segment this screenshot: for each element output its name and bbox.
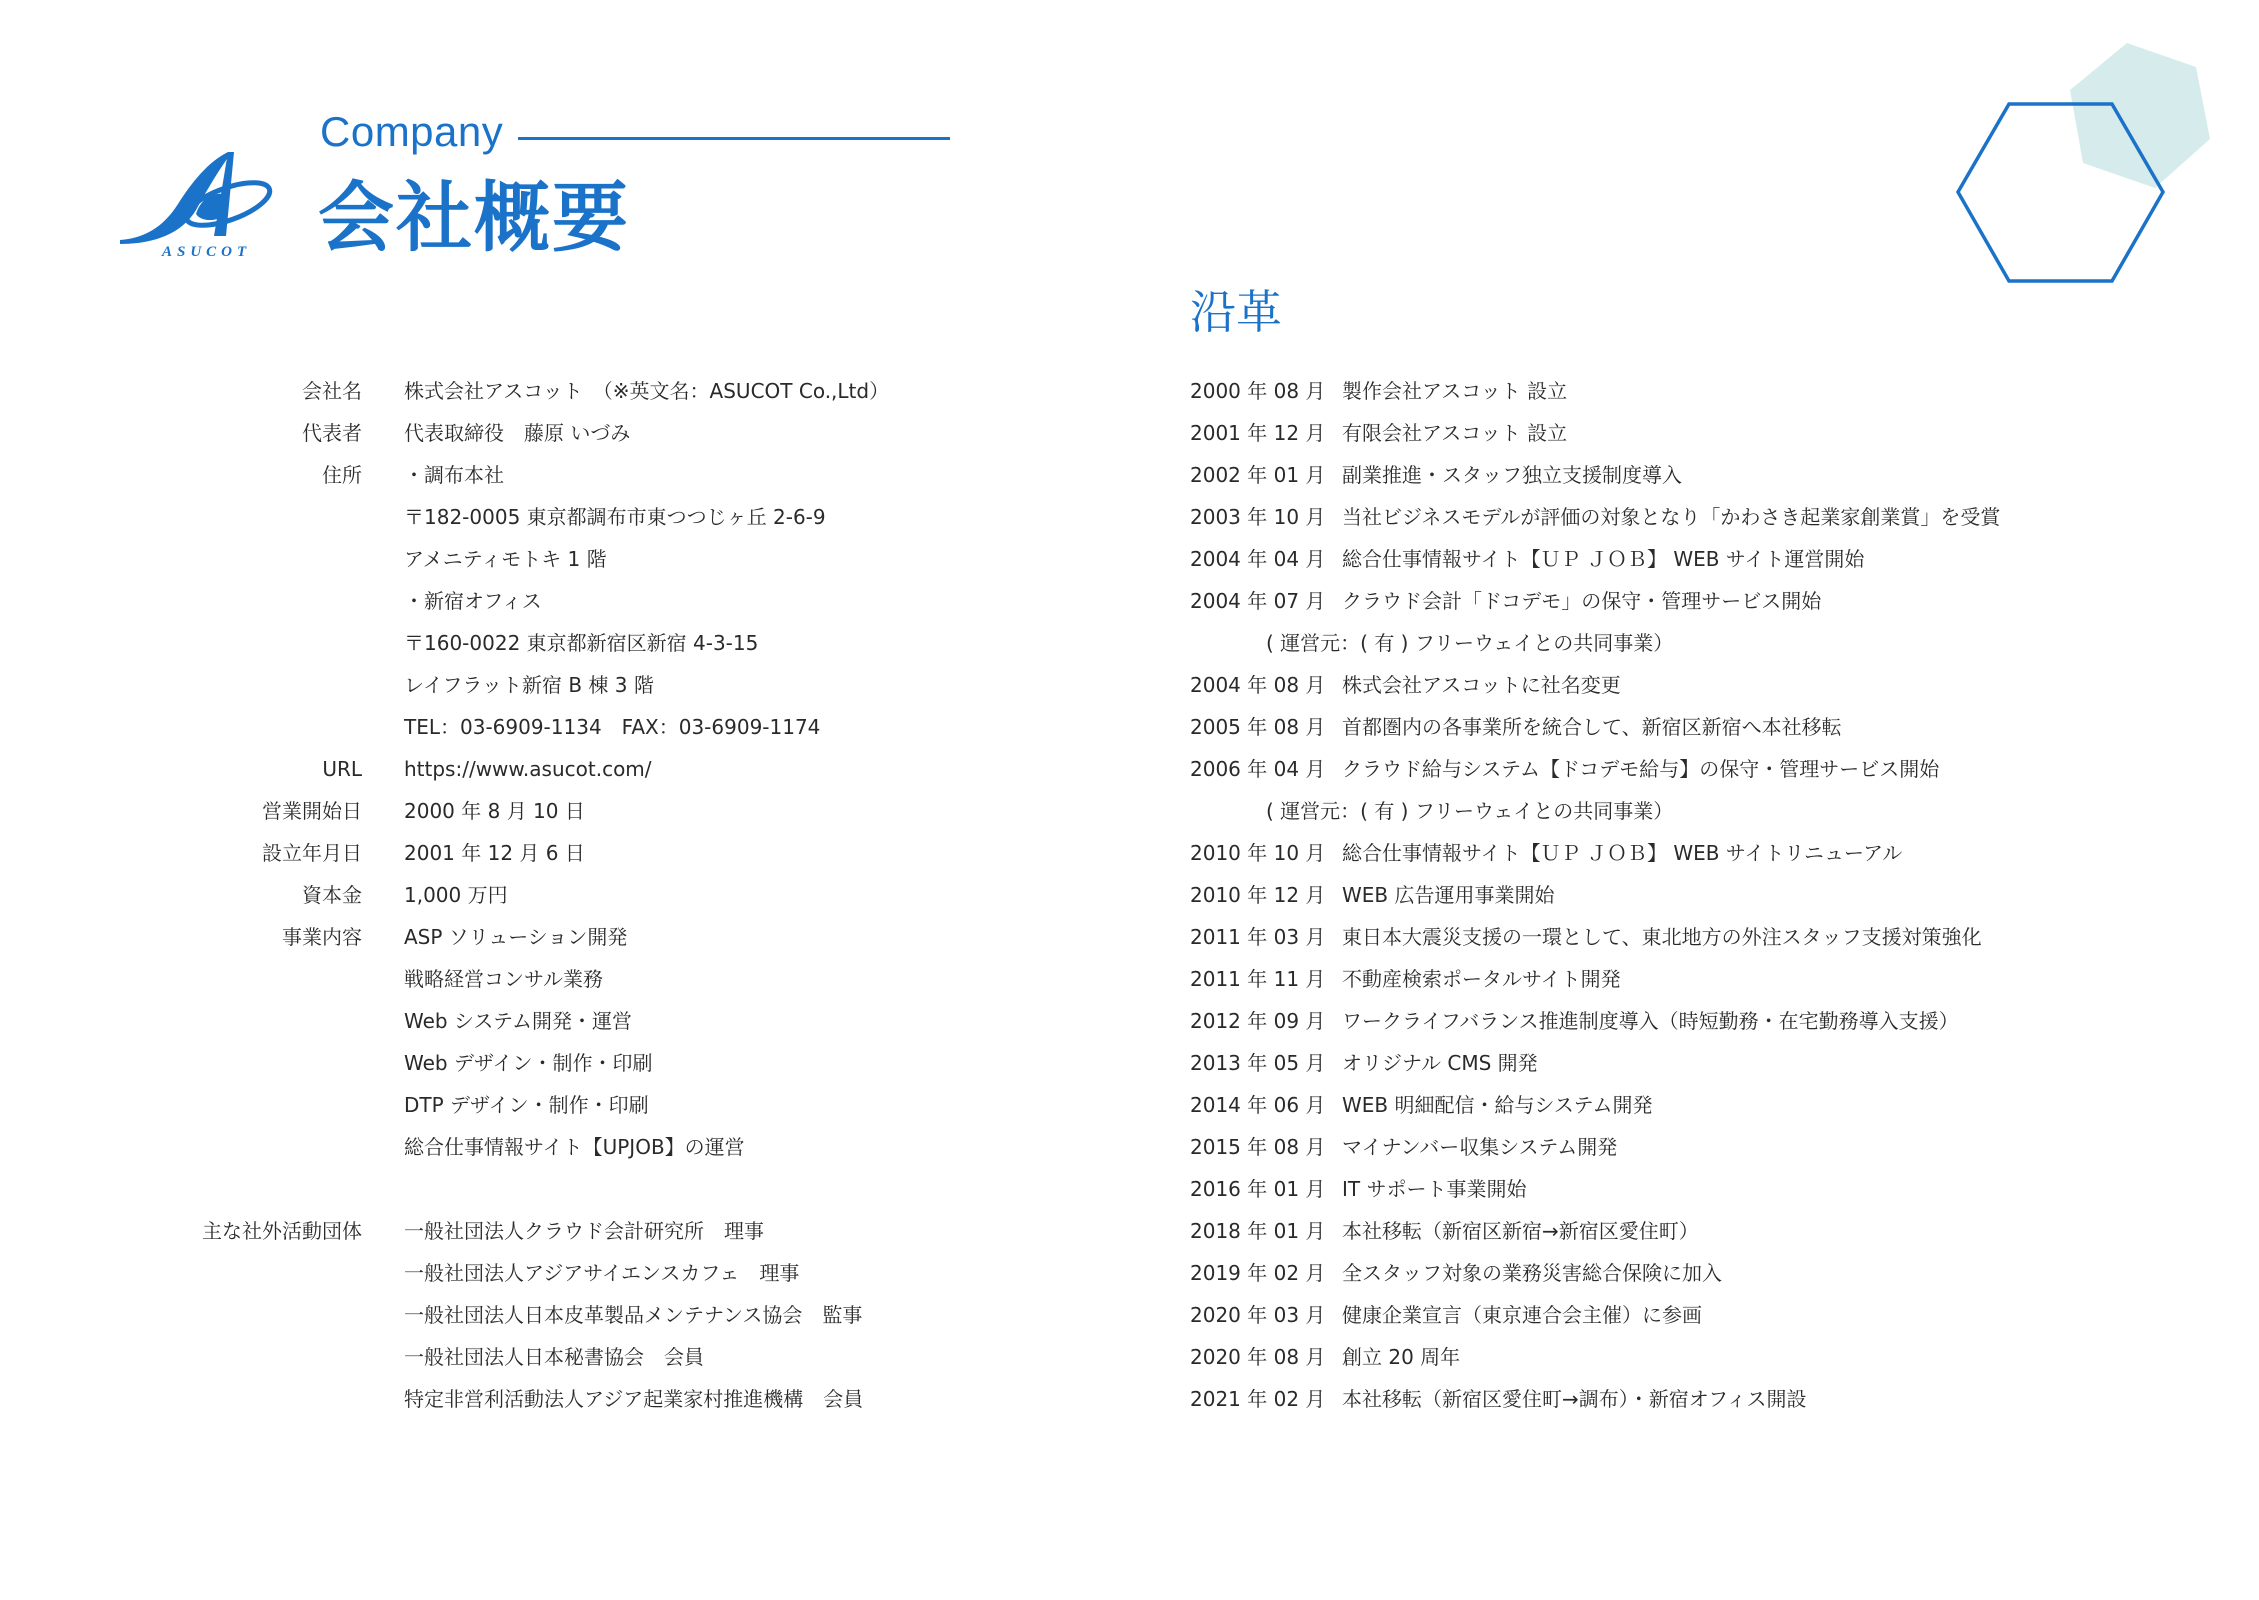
history-desc: マイナンバー収集システム開発 <box>1342 1126 1617 1168</box>
profile-row-business: 戦略経営コンサル業務 <box>0 958 1100 1000</box>
history-date: 2020 年 08 月 <box>1190 1336 1325 1378</box>
history-date: 2012 年 09 月 <box>1190 1000 1325 1042</box>
profile-value: レイフラット新宿 B 棟 3 階 <box>404 664 654 706</box>
profile-row-address: ・新宿オフィス <box>0 580 1100 622</box>
history-desc: 株式会社アスコットに社名変更 <box>1342 664 1621 706</box>
profile-row-organization: 主な社外活動団体一般社団法人クラウド会計研究所 理事 <box>0 1210 1100 1252</box>
history-item: 2000 年 08 月製作会社アスコット 設立 <box>1190 370 2190 412</box>
history-date: 2016 年 01 月 <box>1190 1168 1325 1210</box>
history-date: 2015 年 08 月 <box>1190 1126 1325 1168</box>
history-item-note: ( 運営元：( 有 ) フリーウェイとの共同事業） <box>1190 790 2190 832</box>
history-date: 2010 年 12 月 <box>1190 874 1325 916</box>
history-date: 2004 年 07 月 <box>1190 580 1325 622</box>
history-desc: 当社ビジネスモデルが評価の対象となり「かわさき起業家創業賞」を受賞 <box>1342 496 2000 538</box>
history-item: 2011 年 03 月東日本大震災支援の一環として、東北地方の外注スタッフ支援対… <box>1190 916 2190 958</box>
page-title: 会社概要 <box>318 170 630 266</box>
profile-row-capital: 資本金1,000 万円 <box>0 874 1100 916</box>
profile-row-company-name: 会社名株式会社アスコット （※英文名：ASUCOT Co.,Ltd） <box>0 370 1100 412</box>
profile-label: 設立年月日 <box>0 832 362 874</box>
profile-value: 戦略経営コンサル業務 <box>404 958 603 1000</box>
history-date: 2013 年 05 月 <box>1190 1042 1325 1084</box>
history-date: 2019 年 02 月 <box>1190 1252 1325 1294</box>
history-date: 2020 年 03 月 <box>1190 1294 1325 1336</box>
profile-row-address: 〒182-0005 東京都調布市東つつじヶ丘 2-6-9 <box>0 496 1100 538</box>
profile-row-spacer <box>0 1168 1100 1210</box>
history-desc: クラウド会計「ドコデモ」の保守・管理サービス開始 <box>1342 580 1821 622</box>
profile-value: DTP デザイン・制作・印刷 <box>404 1084 649 1126</box>
history-desc: 創立 20 周年 <box>1342 1336 1460 1378</box>
history-item: 2020 年 08 月創立 20 周年 <box>1190 1336 2190 1378</box>
history-item: 2016 年 01 月IT サポート事業開始 <box>1190 1168 2190 1210</box>
profile-label: 代表者 <box>0 412 362 454</box>
profile-row-address: 住所・調布本社 <box>0 454 1100 496</box>
history-item: 2015 年 08 月マイナンバー収集システム開発 <box>1190 1126 2190 1168</box>
profile-value: ・新宿オフィス <box>404 580 542 622</box>
profile-row-business-start: 営業開始日2000 年 8 月 10 日 <box>0 790 1100 832</box>
profile-row-founded: 設立年月日2001 年 12 月 6 日 <box>0 832 1100 874</box>
profile-row-organization: 一般社団法人日本皮革製品メンテナンス協会 監事 <box>0 1294 1100 1336</box>
history-desc: 東日本大震災支援の一環として、東北地方の外注スタッフ支援対策強化 <box>1342 916 1982 958</box>
history-desc: 総合仕事情報サイト【ＵＰ ＪＯＢ】 WEB サイトリニューアル <box>1342 832 1902 874</box>
profile-value: TEL：03-6909-1134 FAX：03-6909-1174 <box>404 706 820 748</box>
profile-value: 総合仕事情報サイト【UPJOB】の運営 <box>404 1126 745 1168</box>
profile-label: 資本金 <box>0 874 362 916</box>
profile-row-representative: 代表者代表取締役 藤原 いづみ <box>0 412 1100 454</box>
history-date: 2002 年 01 月 <box>1190 454 1325 496</box>
history-desc: クラウド給与システム【ドコデモ給与】の保守・管理サービス開始 <box>1342 748 1939 790</box>
history-item: 2020 年 03 月健康企業宣言（東京連合会主催）に参画 <box>1190 1294 2190 1336</box>
profile-value: 特定非営利活動法人アジア起業家村推進機構 会員 <box>404 1378 863 1420</box>
history-desc: 製作会社アスコット 設立 <box>1342 370 1567 412</box>
profile-row-address: 〒160-0022 東京都新宿区新宿 4-3-15 <box>0 622 1100 664</box>
filled-hexagon-icon <box>2070 43 2210 188</box>
history-item-note: ( 運営元：( 有 ) フリーウェイとの共同事業） <box>1190 622 2190 664</box>
profile-value: 〒182-0005 東京都調布市東つつじヶ丘 2-6-9 <box>404 496 826 538</box>
history-item: 2010 年 12 月WEB 広告運用事業開始 <box>1190 874 2190 916</box>
history-desc: 本社移転（新宿区愛住町→調布）・新宿オフィス開設 <box>1342 1378 1807 1420</box>
history-desc: 副業推進・スタッフ独立支援制度導入 <box>1342 454 1682 496</box>
history-item: 2004 年 08 月株式会社アスコットに社名変更 <box>1190 664 2190 706</box>
profile-row-business: Web デザイン・制作・印刷 <box>0 1042 1100 1084</box>
history-desc: 総合仕事情報サイト【ＵＰ ＪＯＢ】 WEB サイト運営開始 <box>1342 538 1864 580</box>
history-date: 2011 年 03 月 <box>1190 916 1325 958</box>
history-item: 2002 年 01 月副業推進・スタッフ独立支援制度導入 <box>1190 454 2190 496</box>
history-date: 2000 年 08 月 <box>1190 370 1325 412</box>
profile-row-address: レイフラット新宿 B 棟 3 階 <box>0 664 1100 706</box>
profile-row-business: 事業内容ASP ソリューション開発 <box>0 916 1100 958</box>
history-title: 沿革 <box>1190 282 1282 342</box>
profile-label: 会社名 <box>0 370 362 412</box>
profile-value: 2000 年 8 月 10 日 <box>404 790 585 832</box>
profile-value: Web システム開発・運営 <box>404 1000 632 1042</box>
asucot-logo: ASUCOT <box>116 148 276 260</box>
profile-label: 主な社外活動団体 <box>0 1210 362 1252</box>
profile-value: 代表取締役 藤原 いづみ <box>404 412 630 454</box>
profile-value: 〒160-0022 東京都新宿区新宿 4-3-15 <box>404 622 758 664</box>
profile-value: ・調布本社 <box>404 454 504 496</box>
history-date: 2018 年 01 月 <box>1190 1210 1325 1252</box>
history-desc: 健康企業宣言（東京連合会主催）に参画 <box>1342 1294 1702 1336</box>
profile-value: 一般社団法人日本秘書協会 会員 <box>404 1336 704 1378</box>
history-item: 2021 年 02 月 本社移転（新宿区愛住町→調布）・新宿オフィス開設 <box>1190 1378 2190 1420</box>
history-item: 2014 年 06 月WEB 明細配信・給与システム開発 <box>1190 1084 2190 1126</box>
profile-value: アメニティモトキ 1 階 <box>404 538 607 580</box>
history-item: 2003 年 10 月当社ビジネスモデルが評価の対象となり「かわさき起業家創業賞… <box>1190 496 2190 538</box>
history-item: 2012 年 09 月ワークライフバランス推進制度導入（時短勤務・在宅勤務導入支… <box>1190 1000 2190 1042</box>
history-item: 2004 年 07 月クラウド会計「ドコデモ」の保守・管理サービス開始 <box>1190 580 2190 622</box>
header-divider <box>518 137 950 140</box>
company-subtitle: Company <box>320 104 503 160</box>
history-desc: ワークライフバランス推進制度導入（時短勤務・在宅勤務導入支援） <box>1342 1000 1959 1042</box>
history-list: 2000 年 08 月製作会社アスコット 設立 2001 年 12 月有限会社ア… <box>1190 370 2190 1420</box>
website-link[interactable]: https://www.asucot.com/ <box>404 748 652 790</box>
profile-value: 2001 年 12 月 6 日 <box>404 832 585 874</box>
history-desc: オリジナル CMS 開発 <box>1342 1042 1538 1084</box>
profile-label: URL <box>0 748 362 790</box>
history-date: 2003 年 10 月 <box>1190 496 1325 538</box>
history-item: 2001 年 12 月有限会社アスコット 設立 <box>1190 412 2190 454</box>
history-date: 2005 年 08 月 <box>1190 706 1325 748</box>
history-desc: 不動産検索ポータルサイト開発 <box>1342 958 1621 1000</box>
company-profile-table: 会社名株式会社アスコット （※英文名：ASUCOT Co.,Ltd） 代表者代表… <box>0 370 1100 1420</box>
profile-row-business: DTP デザイン・制作・印刷 <box>0 1084 1100 1126</box>
history-desc: 本社移転（新宿区新宿→新宿区愛住町） <box>1342 1210 1699 1252</box>
history-item: 2013 年 05 月オリジナル CMS 開発 <box>1190 1042 2190 1084</box>
profile-row-organization: 特定非営利活動法人アジア起業家村推進機構 会員 <box>0 1378 1100 1420</box>
history-item: 2018 年 01 月本社移転（新宿区新宿→新宿区愛住町） <box>1190 1210 2190 1252</box>
profile-value: 一般社団法人アジアサイエンスカフェ 理事 <box>404 1252 799 1294</box>
history-item: 2011 年 11 月不動産検索ポータルサイト開発 <box>1190 958 2190 1000</box>
history-date: 2004 年 04 月 <box>1190 538 1325 580</box>
profile-row-organization: 一般社団法人日本秘書協会 会員 <box>0 1336 1100 1378</box>
history-date: 2001 年 12 月 <box>1190 412 1325 454</box>
profile-row-contact: TEL：03-6909-1134 FAX：03-6909-1174 <box>0 706 1100 748</box>
history-item: 2004 年 04 月総合仕事情報サイト【ＵＰ ＪＯＢ】 WEB サイト運営開始 <box>1190 538 2190 580</box>
history-date: 2010 年 10 月 <box>1190 832 1325 874</box>
history-item: 2010 年 10 月総合仕事情報サイト【ＵＰ ＪＯＢ】 WEB サイトリニュー… <box>1190 832 2190 874</box>
profile-label: 事業内容 <box>0 916 362 958</box>
profile-row-url: URLhttps://www.asucot.com/ <box>0 748 1100 790</box>
history-date: 2006 年 04 月 <box>1190 748 1325 790</box>
history-desc: 首都圏内の各事業所を統合して、新宿区新宿へ本社移転 <box>1342 706 1842 748</box>
history-item: 2005 年 08 月首都圏内の各事業所を統合して、新宿区新宿へ本社移転 <box>1190 706 2190 748</box>
history-desc: ( 運営元：( 有 ) フリーウェイとの共同事業） <box>1266 622 1673 664</box>
profile-row-address: アメニティモトキ 1 階 <box>0 538 1100 580</box>
history-date: 2011 年 11 月 <box>1190 958 1325 1000</box>
history-desc: 有限会社アスコット 設立 <box>1342 412 1567 454</box>
history-desc: 全スタッフ対象の業務災害総合保険に加入 <box>1342 1252 1722 1294</box>
history-item: 2006 年 04 月クラウド給与システム【ドコデモ給与】の保守・管理サービス開… <box>1190 748 2190 790</box>
history-desc: IT サポート事業開始 <box>1342 1168 1526 1210</box>
logo-text: ASUCOT <box>161 244 251 260</box>
history-desc: WEB 明細配信・給与システム開発 <box>1342 1084 1653 1126</box>
profile-value: 一般社団法人クラウド会計研究所 理事 <box>404 1210 764 1252</box>
profile-label: 住所 <box>0 454 362 496</box>
profile-value: 株式会社アスコット （※英文名：ASUCOT Co.,Ltd） <box>404 370 889 412</box>
profile-value: Web デザイン・制作・印刷 <box>404 1042 653 1084</box>
profile-value: 一般社団法人日本皮革製品メンテナンス協会 監事 <box>404 1294 862 1336</box>
history-date: 2014 年 06 月 <box>1190 1084 1325 1126</box>
history-desc: ( 運営元：( 有 ) フリーウェイとの共同事業） <box>1266 790 1673 832</box>
profile-row-business: 総合仕事情報サイト【UPJOB】の運営 <box>0 1126 1100 1168</box>
history-date: 2021 年 02 月 <box>1190 1378 1325 1420</box>
history-desc: WEB 広告運用事業開始 <box>1342 874 1555 916</box>
history-date: 2004 年 08 月 <box>1190 664 1325 706</box>
history-item: 2019 年 02 月全スタッフ対象の業務災害総合保険に加入 <box>1190 1252 2190 1294</box>
decorative-hexagons <box>1950 30 2230 300</box>
profile-value: ASP ソリューション開発 <box>404 916 627 958</box>
profile-row-organization: 一般社団法人アジアサイエンスカフェ 理事 <box>0 1252 1100 1294</box>
profile-value: 1,000 万円 <box>404 874 508 916</box>
profile-row-business: Web システム開発・運営 <box>0 1000 1100 1042</box>
profile-label: 営業開始日 <box>0 790 362 832</box>
